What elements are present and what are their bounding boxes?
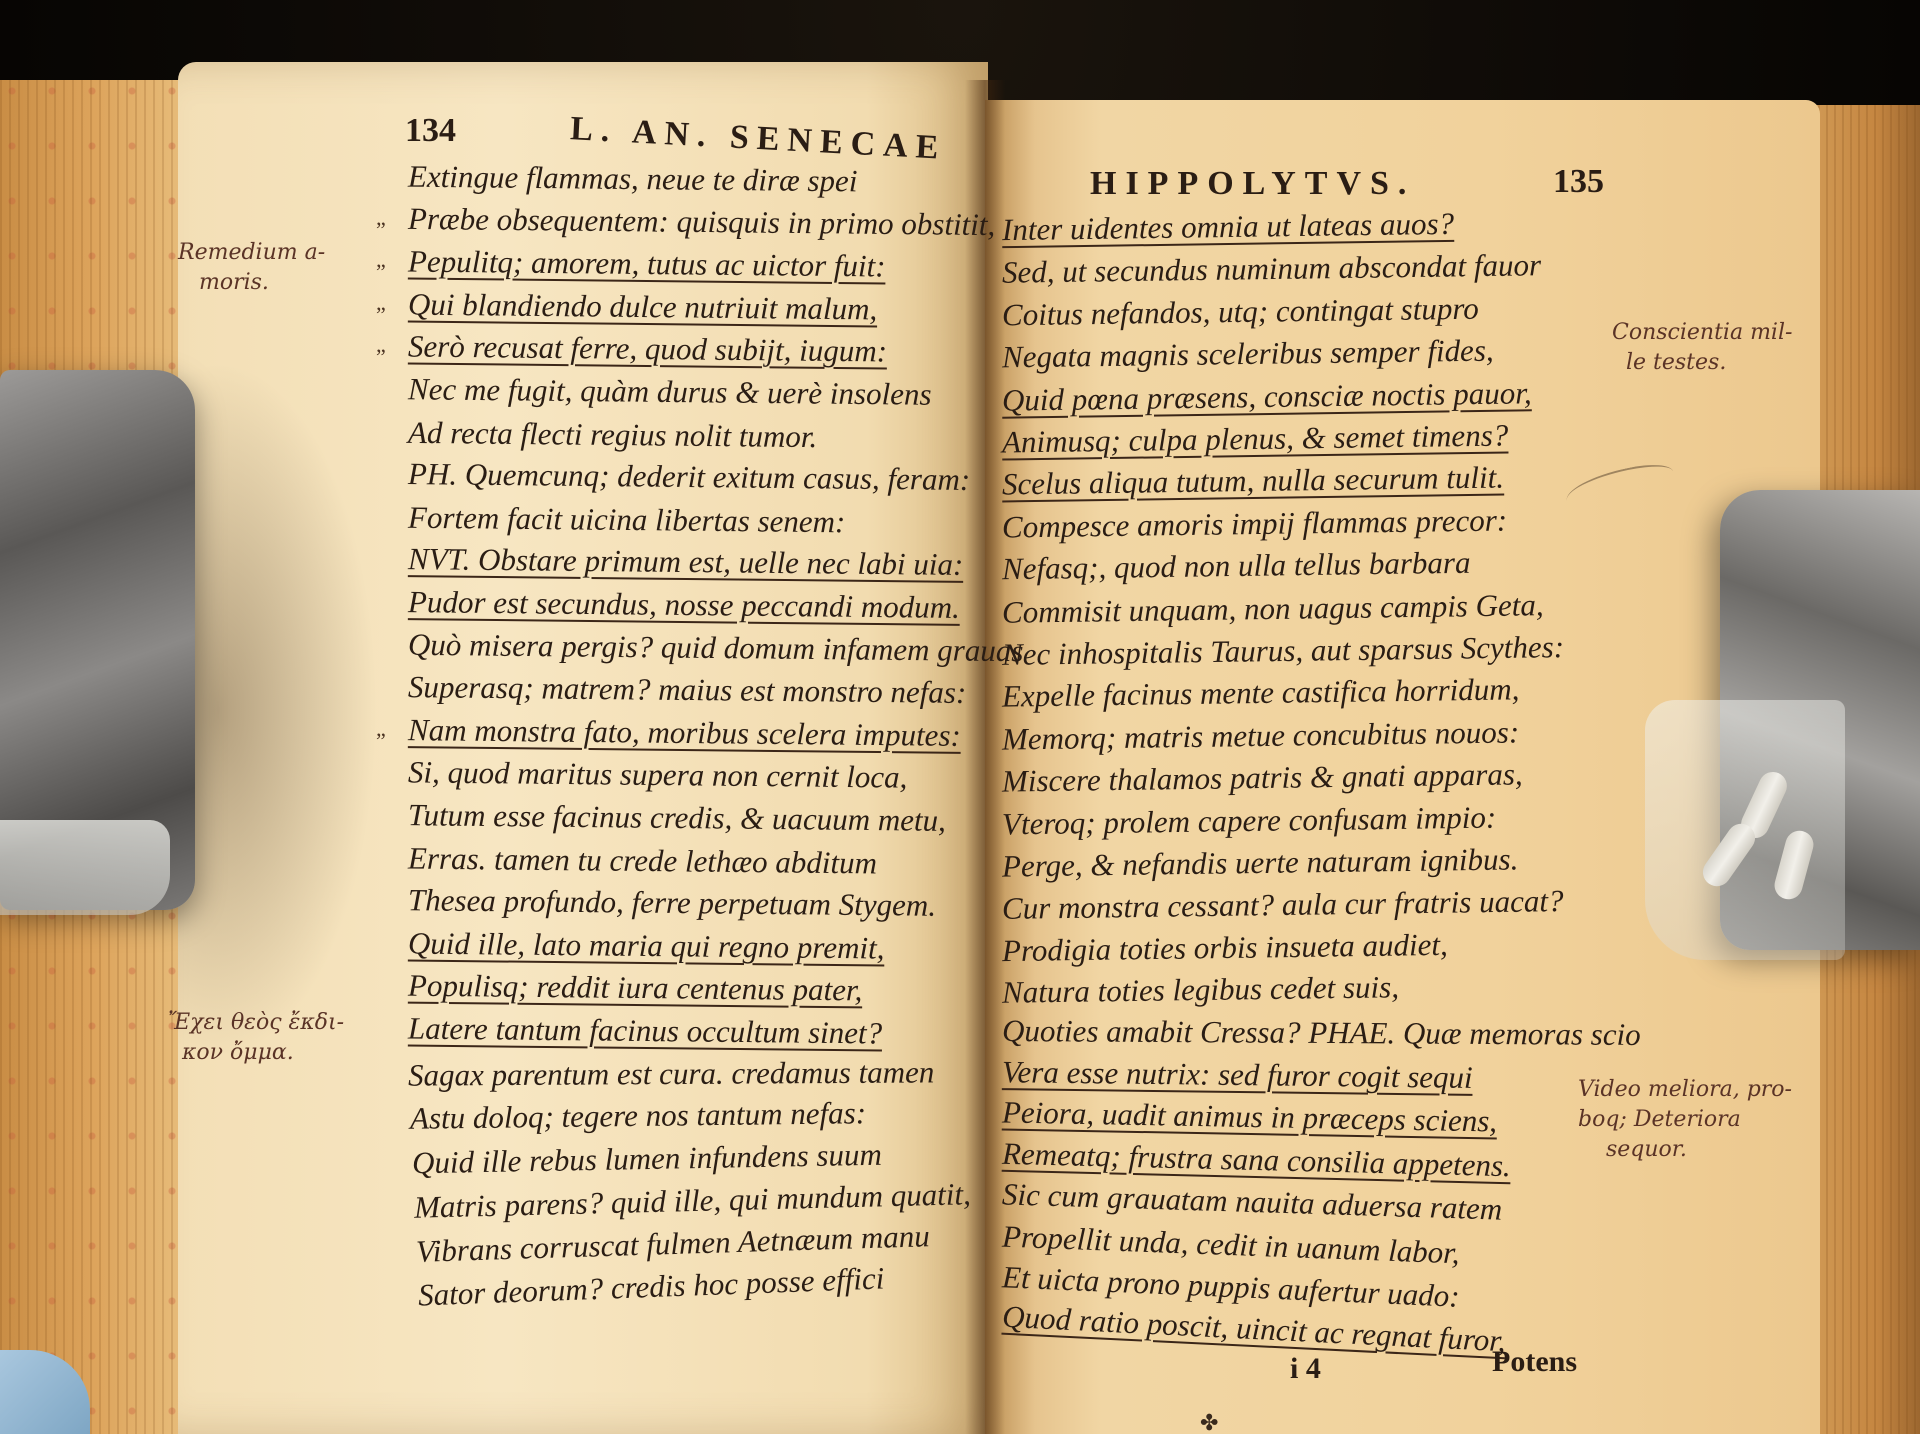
left-page-text-line: Fortem facit uicina libertas senem:	[408, 499, 846, 542]
left-page-text-line: Qui blandiendo dulce nutriuit malum,	[408, 285, 878, 328]
right-page-text-line: Quoties amabit Cressa? PHAE. Quæ memoras…	[1002, 1012, 1641, 1054]
right-page-text-line: Negata magnis sceleribus semper fides,	[1002, 332, 1494, 377]
left-page-text-line: Sagax parentum est cura. credamus tamen	[408, 1053, 935, 1094]
catchword: Potens	[1492, 1345, 1577, 1379]
right-page-text-line: Commisit unquam, non uagus campis Geta,	[1002, 586, 1544, 632]
signature-mark: i 4	[1290, 1352, 1321, 1386]
left-page-text-line: Præbe obsequentem: quisquis in primo obs…	[408, 200, 996, 244]
left-folio-number: 134	[405, 112, 456, 150]
left-weight-bag-plastic	[0, 820, 170, 915]
right-page-text-line: Natura toties legibus cedet suis,	[1002, 968, 1399, 1012]
marginal-quotation-mark-icon: „	[376, 247, 386, 273]
right-folio-number: 135	[1553, 163, 1604, 201]
left-page-text-line: Populisq; reddit iura centenus pater,	[408, 967, 863, 1010]
marginal-quotation-mark-icon: „	[376, 205, 386, 231]
right-running-head: HIPPOLYTVS.	[1090, 165, 1415, 203]
right-page-text-line: Prodigia toties orbis insueta audiet,	[1002, 926, 1448, 970]
left-page-text-line: Pepulitq; amorem, tutus ac uictor fuit:	[408, 243, 886, 286]
printer-ornament-icon: ✤	[1200, 1410, 1218, 1434]
margin-note-remedium-amoris: Remedium a- moris.	[178, 238, 325, 298]
right-page-text-line: Perge, & nefandis uerte naturam ignibus.	[1002, 840, 1519, 885]
right-page-text-line: Vteroq; prolem capere confusam impio:	[1002, 798, 1497, 843]
marginal-quotation-mark-icon: „	[376, 716, 386, 742]
left-page-text-line: Quid ille, lato maria qui regno premit,	[408, 924, 885, 967]
right-page-text-line: Coitus nefandos, utq; contingat stupro	[1002, 289, 1479, 334]
right-page-text-line: Quid pœna præsens, consciæ noctis pauor,	[1002, 374, 1532, 419]
left-page-text-line: NVT. Obstare primum est, uelle nec labi …	[408, 540, 964, 584]
right-page-text-line: Sed, ut secundus numinum abscondat fauor	[1002, 247, 1542, 293]
left-page-text-line: Ad recta flecti regius nolit tumor.	[408, 413, 818, 455]
left-page-text-line: Thesea profundo, ferre perpetuam Stygem.	[408, 881, 936, 925]
right-page-text-line: Vera esse nutrix: sed furor cogit sequi	[1002, 1053, 1473, 1097]
right-page-text-line: Miscere thalamos patris & gnati apparas,	[1002, 756, 1523, 801]
page-shadow	[178, 360, 378, 1060]
margin-note-video-meliora: Video meliora, pro- boq; Deteriora sequo…	[1578, 1075, 1792, 1165]
book-gutter	[965, 80, 1005, 1434]
right-page-text-line: Scelus aliqua tutum, nulla securum tulit…	[1002, 459, 1504, 504]
right-page-text-line: Compesce amoris impij flammas precor:	[1002, 501, 1508, 546]
right-page-text-line: Nefasq;, quod non ulla tellus barbara	[1002, 544, 1471, 589]
right-page-text-line: Memorq; matris metue concubitus nouos:	[1002, 713, 1520, 758]
left-page-text-line: Erras. tamen tu crede lethæo abditum	[408, 839, 877, 882]
margin-note-conscientia: Conscientia mil- le testes.	[1612, 318, 1792, 378]
marginal-quotation-mark-icon: „	[376, 332, 386, 358]
left-page-text-line: Superasq; matrem? maius est monstro nefa…	[408, 668, 967, 712]
left-page-text-line: Nam monstra fato, moribus scelera impute…	[408, 711, 961, 755]
left-page-text-line: PH. Quemcunq; dederit exitum casus, fera…	[408, 455, 971, 499]
marginal-quotation-mark-icon: „	[376, 290, 386, 316]
right-page-text-line: Inter uidentes omnia ut lateas auos?	[1002, 205, 1455, 249]
margin-note-greek: Ἔχει θεὸς ἔκδι- κον ὄμμα.	[168, 1008, 344, 1068]
left-page-text-line: Quò misera pergis? quid domum infamem gr…	[408, 625, 1024, 669]
left-page-text-line: Pudor est secundus, nosse peccandi modum…	[408, 583, 960, 627]
left-page-text-line: Astu doloq; tegere nos tantum nefas:	[410, 1094, 866, 1138]
right-page-text-line: Animusq; culpa plenus, & semet timens?	[1002, 416, 1509, 461]
left-page-text-line: Tutum esse facinus credis, & uacuum metu…	[408, 796, 946, 840]
right-page-text-line: Expelle facinus mente castifica horridum…	[1002, 671, 1520, 716]
left-page-text-line: Extingue flammas, neue te diræ spei	[408, 158, 858, 201]
left-page-text-line: Si, quod maritus supera non cernit loca,	[408, 754, 908, 797]
left-page-text-line: Latere tantum facinus occultum sinet?	[408, 1010, 883, 1053]
right-page-text-line: Nec inhospitalis Taurus, aut sparsus Scy…	[1002, 628, 1565, 674]
left-page-text-line: Nec me fugit, quàm durus & uerè insolens	[408, 370, 932, 413]
left-page-text-line: Serò recusat ferre, quod subijt, iugum:	[408, 328, 887, 371]
